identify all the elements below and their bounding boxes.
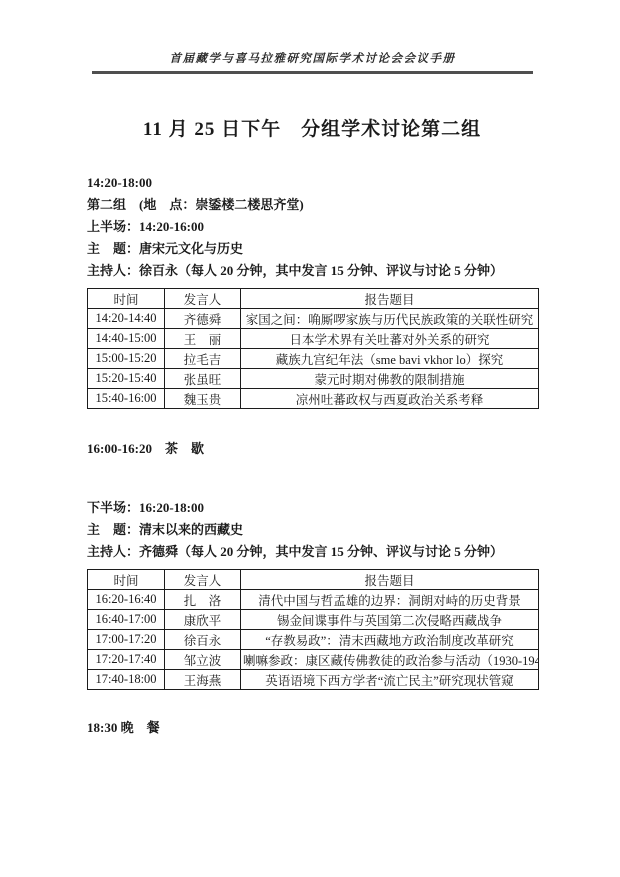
session-time: 15:00-15:20	[88, 349, 165, 369]
speaker-name: 扎 洛	[165, 590, 241, 610]
document-page: 首届藏学与喜马拉雅研究国际学术讨论会会议手册 11 月 25 日下午 分组学术讨…	[0, 0, 620, 877]
table-row: 17:40-18:00王海燕英语语境下西方学者“流亡民主”研究现状管窥	[88, 670, 539, 690]
session1-time-range: 14:20-18:00	[87, 172, 538, 194]
table-header-row: 时间发言人报告题目	[88, 570, 539, 590]
column-header: 发言人	[165, 570, 241, 590]
tea-break-line: 16:00-16:20 茶 歇	[87, 438, 538, 460]
session-time: 17:20-17:40	[88, 650, 165, 670]
paper-title: 蒙元时期对佛教的限制措施	[241, 369, 539, 389]
speaker-name: 魏玉贵	[165, 389, 241, 409]
paper-title: 喇嘛参政：康区藏传佛教徒的政治参与活动（1930-1949）	[241, 650, 539, 670]
paper-title: 藏族九宫纪年法（sme bavi vkhor lo）探究	[241, 349, 539, 369]
session2-meta: 下半场：16:20-18:00 主 题：清末以来的西藏史 主持人：齐德舜（每人 …	[87, 497, 538, 563]
paper-title: 锡金间谍事件与英国第二次侵略西藏战争	[241, 610, 539, 630]
table-row: 15:20-15:40张虽旺蒙元时期对佛教的限制措施	[88, 369, 539, 389]
table-row: 15:00-15:20拉毛吉藏族九宫纪年法（sme bavi vkhor lo）…	[88, 349, 539, 369]
session-time: 16:40-17:00	[88, 610, 165, 630]
session1-chair-line: 主持人：徐百永（每人 20 分钟，其中发言 15 分钟、评议与讨论 5 分钟）	[87, 260, 538, 282]
speaker-name: 拉毛吉	[165, 349, 241, 369]
session-time: 15:20-15:40	[88, 369, 165, 389]
dinner-line: 18:30 晚 餐	[87, 717, 538, 739]
table-row: 14:40-15:00王 丽日本学术界有关吐蕃对外关系的研究	[88, 329, 539, 349]
session2-half-line: 下半场：16:20-18:00	[87, 497, 538, 519]
page-title: 11 月 25 日下午 分组学术讨论第二组	[87, 114, 537, 141]
column-header: 时间	[88, 570, 165, 590]
session2-schedule-table: 时间发言人报告题目 16:20-16:40扎 洛清代中国与哲孟雄的边界：洞朗对峙…	[87, 569, 539, 690]
session-time: 16:20-16:40	[88, 590, 165, 610]
speaker-name: 齐德舜	[165, 309, 241, 329]
column-header: 报告题目	[241, 289, 539, 309]
speaker-name: 邹立波	[165, 650, 241, 670]
speaker-name: 王 丽	[165, 329, 241, 349]
table-row: 17:20-17:40邹立波喇嘛参政：康区藏传佛教徒的政治参与活动（1930-1…	[88, 650, 539, 670]
paper-title: 清代中国与哲孟雄的边界：洞朗对峙的历史背景	[241, 590, 539, 610]
running-header: 首届藏学与喜马拉雅研究国际学术讨论会会议手册	[92, 0, 533, 66]
paper-title: “存教易政”：清末西藏地方政治制度改革研究	[241, 630, 539, 650]
session1-meta: 14:20-18:00 第二组 (地 点：崇鋈楼二楼思齐堂) 上半场：14:20…	[87, 172, 538, 282]
table-row: 15:40-16:00魏玉贵凉州吐蕃政权与西夏政治关系考释	[88, 389, 539, 409]
session1-topic-line: 主 题：唐宋元文化与历史	[87, 238, 538, 260]
speaker-name: 康欣平	[165, 610, 241, 630]
column-header: 时间	[88, 289, 165, 309]
session2-chair-line: 主持人：齐德舜（每人 20 分钟，其中发言 15 分钟、评议与讨论 5 分钟）	[87, 541, 538, 563]
column-header: 发言人	[165, 289, 241, 309]
column-header: 报告题目	[241, 570, 539, 590]
session1-schedule-table: 时间发言人报告题目 14:20-14:40齐德舜家国之间：唃厮啰家族与历代民族政…	[87, 288, 539, 409]
speaker-name: 张虽旺	[165, 369, 241, 389]
session1-half-line: 上半场：14:20-16:00	[87, 216, 538, 238]
table-row: 16:20-16:40扎 洛清代中国与哲孟雄的边界：洞朗对峙的历史背景	[88, 590, 539, 610]
session1-group-location: 第二组 (地 点：崇鋈楼二楼思齐堂)	[87, 194, 538, 216]
paper-title: 家国之间：唃厮啰家族与历代民族政策的关联性研究	[241, 309, 539, 329]
session-time: 14:20-14:40	[88, 309, 165, 329]
table-row: 17:00-17:20徐百永“存教易政”：清末西藏地方政治制度改革研究	[88, 630, 539, 650]
session-time: 17:40-18:00	[88, 670, 165, 690]
session-time: 15:40-16:00	[88, 389, 165, 409]
content-area: 14:20-18:00 第二组 (地 点：崇鋈楼二楼思齐堂) 上半场：14:20…	[87, 172, 538, 739]
table-row: 16:40-17:00康欣平锡金间谍事件与英国第二次侵略西藏战争	[88, 610, 539, 630]
speaker-name: 王海燕	[165, 670, 241, 690]
paper-title: 凉州吐蕃政权与西夏政治关系考释	[241, 389, 539, 409]
session-time: 14:40-15:00	[88, 329, 165, 349]
speaker-name: 徐百永	[165, 630, 241, 650]
paper-title: 英语语境下西方学者“流亡民主”研究现状管窥	[241, 670, 539, 690]
table-header-row: 时间发言人报告题目	[88, 289, 539, 309]
session-time: 17:00-17:20	[88, 630, 165, 650]
header-rule	[92, 71, 533, 74]
paper-title: 日本学术界有关吐蕃对外关系的研究	[241, 329, 539, 349]
table-row: 14:20-14:40齐德舜家国之间：唃厮啰家族与历代民族政策的关联性研究	[88, 309, 539, 329]
session2-topic-line: 主 题：清末以来的西藏史	[87, 519, 538, 541]
